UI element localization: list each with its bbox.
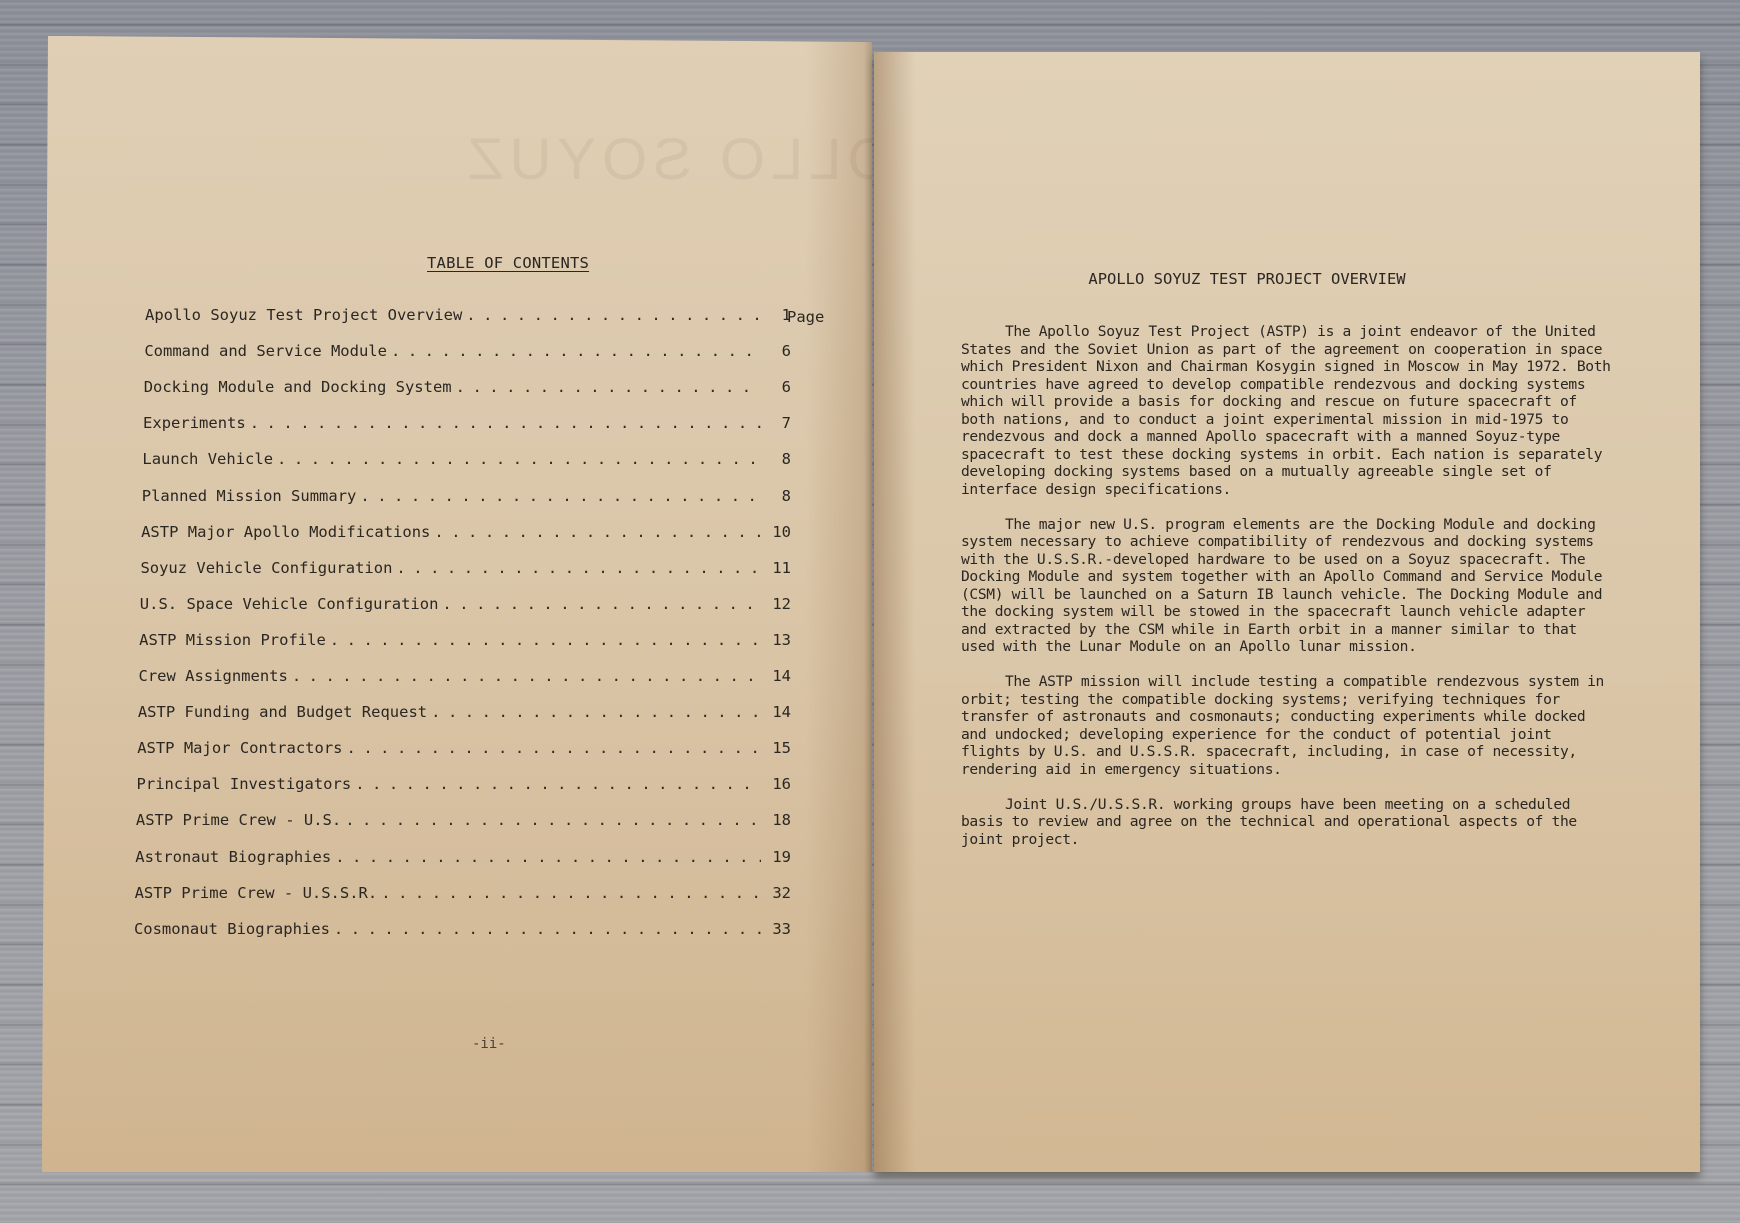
toc-entry[interactable]: Launch Vehicle..........................…	[142, 450, 791, 474]
overview-paragraph: The major new U.S. program elements are …	[961, 516, 1616, 656]
toc-entry-page: 8	[765, 487, 791, 505]
toc-entry-label: Cosmonaut Biographies	[134, 920, 330, 938]
toc-entry-page: 1	[765, 306, 791, 324]
toc-leader-dots: ........................................…	[396, 559, 761, 577]
toc-entry[interactable]: Astronaut Biographies...................…	[135, 848, 791, 872]
toc-entry-label: Apollo Soyuz Test Project Overview	[145, 306, 462, 324]
toc-entry-page: 19	[765, 848, 791, 866]
toc-entry[interactable]: ASTP Prime Crew - U.S.S.R...............…	[135, 884, 791, 908]
toc-title: TABLE OF CONTENTS	[427, 254, 589, 272]
overview-title: APOLLO SOYUZ TEST PROJECT OVERVIEW	[874, 270, 1700, 288]
toc-leader-dots: ........................................…	[250, 414, 761, 432]
toc-entry[interactable]: ASTP Prime Crew - U.S...................…	[136, 811, 791, 835]
toc-leader-dots: ........................................…	[360, 487, 761, 505]
toc-entry-label: ASTP Prime Crew - U.S.	[136, 811, 341, 829]
toc-leader-dots: ........................................…	[442, 595, 761, 613]
toc-entry-label: Astronaut Biographies	[135, 848, 331, 866]
toc-entry-label: Crew Assignments	[139, 667, 288, 685]
overview-paragraph: The ASTP mission will include testing a …	[961, 673, 1616, 778]
toc-leader-dots: ........................................…	[431, 703, 761, 721]
toc-entry-page: 8	[765, 450, 791, 468]
toc-entry[interactable]: Principal Investigators.................…	[137, 775, 791, 799]
toc-entry[interactable]: Planned Mission Summary.................…	[142, 487, 791, 511]
toc-entry[interactable]: Command and Service Module..............…	[144, 342, 791, 366]
toc-entry-label: ASTP Prime Crew - U.S.S.R.	[135, 884, 378, 902]
toc-leader-dots: ........................................…	[347, 739, 761, 757]
overview-paragraph: Joint U.S./U.S.S.R. working groups have …	[961, 796, 1616, 849]
toc-leader-dots: ........................................…	[434, 523, 761, 541]
toc-leader-dots: ........................................…	[330, 631, 761, 649]
toc-entry[interactable]: Crew Assignments........................…	[139, 667, 792, 691]
toc-leader-dots: ........................................…	[277, 450, 761, 468]
toc-entry[interactable]: Docking Module and Docking System.......…	[144, 378, 791, 402]
toc-entry[interactable]: Soyuz Vehicle Configuration.............…	[140, 559, 791, 583]
toc-leader-dots: ........................................…	[335, 848, 761, 866]
toc-entry-label: Principal Investigators	[137, 775, 352, 793]
toc-entry-label: Soyuz Vehicle Configuration	[140, 559, 392, 577]
toc-entry-page: 33	[765, 920, 791, 938]
toc-leader-dots: ........................................…	[334, 920, 761, 938]
toc-leader-dots: ........................................…	[345, 811, 761, 829]
toc-entry[interactable]: U.S. Space Vehicle Configuration........…	[140, 595, 791, 619]
toc-entry-page: 11	[765, 559, 791, 577]
toc-entry-page: 14	[765, 703, 791, 721]
toc-entry-label: U.S. Space Vehicle Configuration	[140, 595, 439, 613]
toc-entry-label: ASTP Major Apollo Modifications	[141, 523, 430, 541]
page-number: -ii-	[472, 1036, 506, 1052]
toc-page-column-header: Page	[787, 308, 824, 326]
toc-entry-label: ASTP Funding and Budget Request	[138, 703, 427, 721]
toc-entry-page: 18	[765, 811, 791, 829]
toc-entry-label: ASTP Major Contractors	[137, 739, 342, 757]
toc-entry-page: 14	[765, 667, 791, 685]
toc-entry[interactable]: Cosmonaut Biographies...................…	[134, 920, 791, 944]
toc-entry-label: Planned Mission Summary	[142, 487, 357, 505]
toc-entry[interactable]: ASTP Mission Profile....................…	[139, 631, 791, 655]
overview-body: The Apollo Soyuz Test Project (ASTP) is …	[961, 323, 1616, 866]
toc-entry-page: 7	[765, 414, 791, 432]
toc-entry-page: 12	[765, 595, 791, 613]
toc-entry-page: 6	[765, 342, 791, 360]
toc-leader-dots: ........................................…	[355, 775, 761, 793]
toc-entry-page: 16	[765, 775, 791, 793]
toc-entry-page: 10	[765, 523, 791, 541]
toc-entry-page: 32	[765, 884, 791, 902]
toc-leader-dots: ........................................…	[381, 884, 761, 902]
toc-entry-label: ASTP Mission Profile	[139, 631, 326, 649]
toc-entry-page: 13	[765, 631, 791, 649]
overview-paragraph: The Apollo Soyuz Test Project (ASTP) is …	[961, 323, 1616, 498]
right-page-overview: APOLLO SOYUZ TEST PROJECT OVERVIEW The A…	[874, 52, 1700, 1172]
left-page-table-of-contents: APOLLO SOYUZ TABLE OF CONTENTS Page Apol…	[42, 36, 872, 1172]
toc-entry[interactable]: Experiments.............................…	[143, 414, 791, 438]
toc-leader-dots: ........................................…	[466, 306, 761, 324]
toc-entry-label: Docking Module and Docking System	[144, 378, 452, 396]
toc-leader-dots: ........................................…	[456, 378, 761, 396]
toc-entry-page: 6	[765, 378, 791, 396]
toc-entry-label: Launch Vehicle	[142, 450, 273, 468]
toc-entry[interactable]: ASTP Major Apollo Modifications.........…	[141, 523, 791, 547]
toc-entry-page: 15	[765, 739, 791, 757]
toc-leader-dots: ........................................…	[292, 667, 761, 685]
toc-entry-label: Experiments	[143, 414, 246, 432]
toc-entry[interactable]: ASTP Funding and Budget Request.........…	[138, 703, 791, 727]
toc-entry-label: Command and Service Module	[144, 342, 387, 360]
toc-entry[interactable]: ASTP Major Contractors..................…	[137, 739, 791, 763]
toc-leader-dots: ........................................…	[391, 342, 761, 360]
toc-entry[interactable]: Apollo Soyuz Test Project Overview......…	[145, 306, 791, 330]
